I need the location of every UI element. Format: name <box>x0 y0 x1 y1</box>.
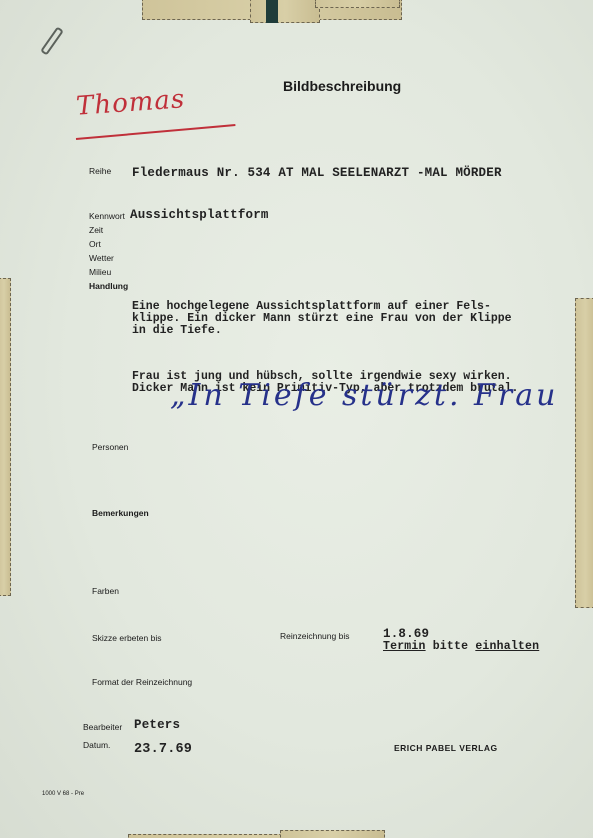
form-title: Bildbeschreibung <box>283 78 401 94</box>
label-bearbeiter: Bearbeiter <box>83 722 122 732</box>
value-reinzeichnung-note: Termin bitte einhalten <box>383 641 539 653</box>
value-kennwort: Aussichtsplattform <box>130 209 269 221</box>
adhesive-tape-right <box>575 298 593 608</box>
handlung-paragraph: Eine hochgelegene Aussichtsplattform auf… <box>132 301 572 337</box>
form-code: 1000 V 68 - Pre <box>42 791 84 797</box>
staple-icon <box>40 26 64 55</box>
tape-marker <box>266 0 278 23</box>
value-bearbeiter: Peters <box>134 719 180 731</box>
value-reihe: Fledermaus Nr. 534 AT MAL SEELENARZT -MA… <box>132 167 502 179</box>
note-einhalten: einhalten <box>475 640 539 653</box>
label-datum: Datum. <box>83 740 110 750</box>
label-ort: Ort <box>89 239 101 249</box>
label-zeit: Zeit <box>89 225 103 235</box>
handwritten-title: „In Tiefe stürzt. Frau <box>170 378 558 413</box>
label-milieu: Milieu <box>89 267 111 277</box>
label-kennwort: Kennwort <box>89 211 125 221</box>
value-datum: 23.7.69 <box>134 744 192 756</box>
adhesive-tape-top-piece <box>315 0 400 8</box>
label-skizze: Skizze erbeten bis <box>92 633 161 643</box>
label-handlung: Handlung <box>89 281 128 291</box>
handwritten-underline <box>76 124 236 140</box>
adhesive-tape-bottom-piece <box>280 830 385 838</box>
label-reihe: Reihe <box>89 166 111 176</box>
label-bemerkungen: Bemerkungen <box>92 508 149 518</box>
adhesive-tape-top-piece <box>250 0 320 23</box>
label-reinzeichnung: Reinzeichnung bis <box>280 631 349 641</box>
label-personen: Personen <box>92 442 128 452</box>
document-page: Bildbeschreibung Thomas Reihe Fledermaus… <box>0 0 593 838</box>
label-wetter: Wetter <box>89 253 114 263</box>
note-termin: Termin <box>383 640 426 653</box>
label-farben: Farben <box>92 586 119 596</box>
publisher-name: ERICH PABEL VERLAG <box>394 743 498 753</box>
adhesive-tape-left <box>0 278 11 596</box>
handwritten-name: Thomas <box>75 84 186 122</box>
value-reinzeichnung-date: 1.8.69 <box>383 628 429 640</box>
label-format: Format der Reinzeichnung <box>92 677 192 687</box>
note-bitte: bitte <box>426 640 476 653</box>
